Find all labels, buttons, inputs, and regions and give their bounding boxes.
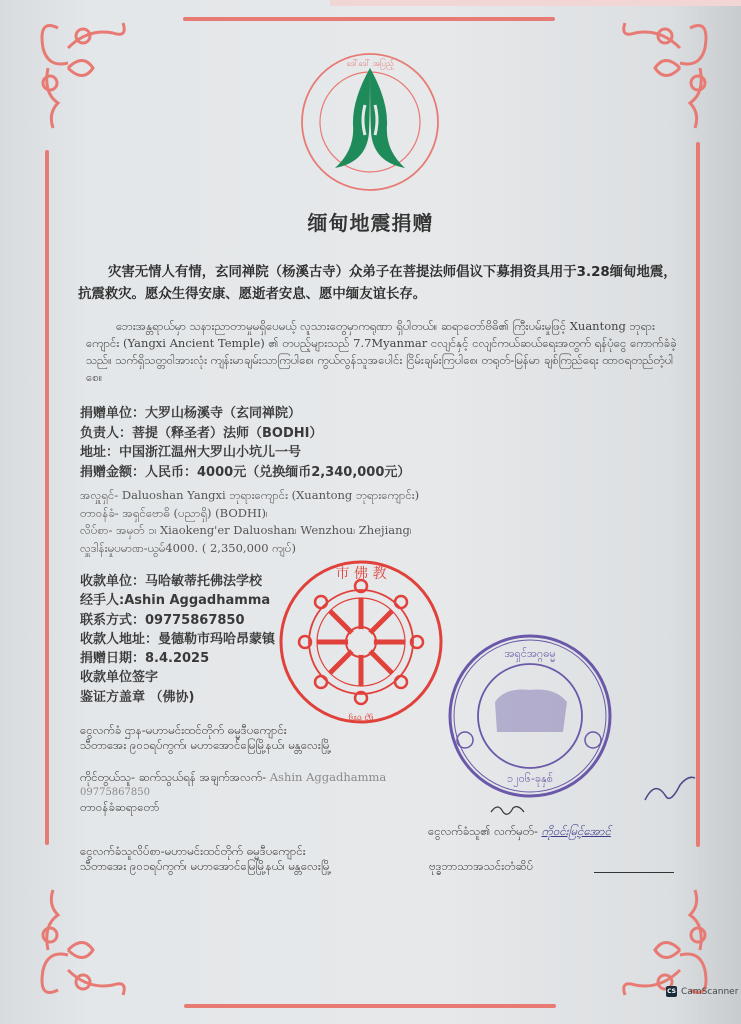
- handler-myanmar: ကိုင်တွယ်သူ- ဆက်သွယ်ရန် အချက်အလက်- Ashin…: [80, 770, 386, 815]
- donor-unit-row: 捐赠单位：大罗山杨溪寺（玄同禅院）: [80, 404, 410, 424]
- donor-amount-row: 捐赠金额：人民币：4000元（兑换缅币2,340,000元）: [80, 463, 410, 483]
- donor-person-label: 负责人：: [80, 426, 132, 441]
- handwritten-signature-scribble: [640, 770, 700, 810]
- donor-address-label: 地址：: [80, 445, 119, 460]
- donor-info-myanmar: အလှူရှင်- Daluoshan Yangxi ဘုရားကျောင်း …: [80, 487, 419, 557]
- seal-label: 鉴证方盖章 （佛协): [80, 688, 275, 707]
- receiver-dept-line2: သီတာအေး ၉၀၁ရပ်ကွက်၊ မဟာအောင်မြေမြို့နယ်၊…: [80, 738, 331, 753]
- donor-amount-value: 人民币：4000元（兑换缅币2,340,000元）: [145, 465, 410, 480]
- camscanner-logo-icon: CS: [666, 986, 677, 997]
- donor-my-line1: အလှူရှင်- Daluoshan Yangxi ဘုရားကျောင်း …: [80, 487, 419, 505]
- receiver-dept-myanmar: ငွေလက်ခံ ဌာန-မဟာမင်းထင်တိုက် ဓမ္မဒီပကျော…: [80, 723, 331, 753]
- corner-ornament-top-left: [28, 8, 158, 138]
- svg-text:市 佛 教: 市 佛 教: [336, 565, 387, 582]
- receiver-dept-line1: ငွေလက်ခံ ဌာန-မဟာမင်းထင်တိုက် ဓမ္မဒီပကျော…: [80, 723, 331, 738]
- corner-ornament-top-right: [590, 8, 720, 138]
- camscanner-label: CamScanner: [681, 987, 738, 997]
- receiver-address-line1: ငွေလက်ခံသူလိပ်စာ-မဟာမင်းထင်တိုက် ဓမ္မဒီပ…: [80, 844, 331, 859]
- handler-phone: 09775867850: [80, 785, 386, 800]
- red-association-seal: 市 佛 教 ᦑᦸᧂ ᦺᦑ: [276, 558, 446, 726]
- handler-name: Ashin Aggadhamma: [270, 770, 387, 784]
- donor-person-value: 菩提（释圣者）法师（BODHI）: [132, 426, 322, 441]
- handler-title: တာဝန်ခံဆရာတော်: [80, 800, 386, 815]
- donor-person-row: 负责人：菩提（释圣者）法师（BODHI）: [80, 424, 410, 444]
- recipient-unit: 收款单位：马哈敏蒂托佛法学校: [80, 572, 275, 591]
- svg-text:အရှင်အဂ္ဂဓမ္မ: အရှင်အဂ္ဂဓမ္မ: [504, 647, 555, 663]
- buddhist-association-seal-label: ဗုဒ္ဓဘာသာအသင်းတံဆိပ်: [429, 859, 533, 873]
- seal-row: ဗုဒ္ဓဘာသာအသင်းတံဆိပ်: [429, 859, 533, 874]
- donor-my-line2: တာဝန်ခံ- အရှင်ဗောဓိ (ပညာရှိ) (BODHI)၊: [80, 505, 419, 523]
- purple-seal-year: ၁၂၀၆-ခုနှစ်: [507, 772, 553, 787]
- receiver-address-line2: သီတာအေး ၉၀၁ရပ်ကွက်၊ မဟာအောင်မြေမြို့နယ်၊…: [80, 859, 331, 874]
- border-bottom: [184, 1004, 556, 1008]
- seal-blank-line: [594, 872, 674, 873]
- intro-paragraph-myanmar: ဘေးအန္တရာယ်မှာ သနားညာတာမှုမရှိပေမယ့် လူသ…: [86, 318, 686, 386]
- recipient-sign-label: 收款单位签字: [80, 668, 275, 687]
- receiver-address-myanmar: ငွေလက်ခံသူလိပ်စာ-မဟာမင်းထင်တိုက် ဓမ္မဒီပ…: [80, 844, 331, 874]
- intro-paragraph-chinese: 灾害无情人有情，玄同禅院（杨溪古寺）众弟子在菩提法师倡议下募捐资具用于3.28缅…: [78, 262, 678, 306]
- recipient-address: 收款人地址：曼德勒市玛哈昂蒙镇: [80, 630, 275, 649]
- handwritten-initials: [488, 800, 528, 820]
- donor-info-chinese: 捐赠单位：大罗山杨溪寺（玄同禅院） 负责人：菩提（释圣者）法师（BODHI） 地…: [80, 404, 410, 482]
- recipient-contact: 联系方式：09775867850: [80, 611, 275, 630]
- donor-address-value: 中国浙江温州大罗山小坑儿一号: [119, 445, 301, 460]
- recipient-info-chinese: 收款单位：马哈敏蒂托佛法学校 经手人:Ashin Aggadhamma 联系方式…: [80, 572, 275, 707]
- signature-label: ငွေလက်ခံသူ၏ လက်မှတ်-: [428, 824, 538, 838]
- signature-value: ကိုဝင်းမြင့်အောင်: [542, 824, 611, 838]
- purple-temple-seal: အရှင်အဂ္ဂဓမ္မ ၁၂၀၆-ခုနှစ်: [445, 632, 615, 800]
- document-title: 缅甸地震捐赠: [0, 207, 741, 236]
- donor-my-line4: လှူဒါန်းမှုပမာဏ-ယွမ်4000. ( 2,350,000 ကျ…: [80, 540, 419, 558]
- signature-row: ငွေလက်ခံသူ၏ လက်မှတ်- ကိုဝင်းမြင့်အောင်: [428, 824, 611, 839]
- donor-unit-value: 大罗山杨溪寺（玄同禅院）: [145, 406, 301, 421]
- donor-my-line3: လိပ်စာ- အမှတ် ၁၊ Xiaokeng'er Daluoshan၊ …: [80, 522, 419, 540]
- donor-unit-label: 捐赠单位：: [80, 406, 145, 421]
- recipient-handler: 经手人:Ashin Aggadhamma: [80, 591, 275, 610]
- border-right: [696, 142, 700, 847]
- temple-logo: ဒေါ်ဒေါ် အပြည့်: [297, 50, 443, 195]
- corner-ornament-bottom-left: [28, 880, 158, 1010]
- top-edge-band: [330, 0, 741, 6]
- border-top: [183, 17, 555, 21]
- border-left: [45, 150, 49, 845]
- camscanner-watermark: CS CamScanner: [666, 986, 738, 997]
- handler-label: ကိုင်တွယ်သူ- ဆက်သွယ်ရန် အချက်အလက်-: [80, 770, 266, 784]
- donor-address-row: 地址：中国浙江温州大罗山小坑儿一号: [80, 443, 410, 463]
- svg-text:ᦑᦸᧂ ᦺᦑ: ᦑᦸᧂ ᦺᦑ: [349, 713, 374, 723]
- donation-date: 捐赠日期：8.4.2025: [80, 649, 275, 668]
- donor-amount-label: 捐赠金额：: [80, 465, 145, 480]
